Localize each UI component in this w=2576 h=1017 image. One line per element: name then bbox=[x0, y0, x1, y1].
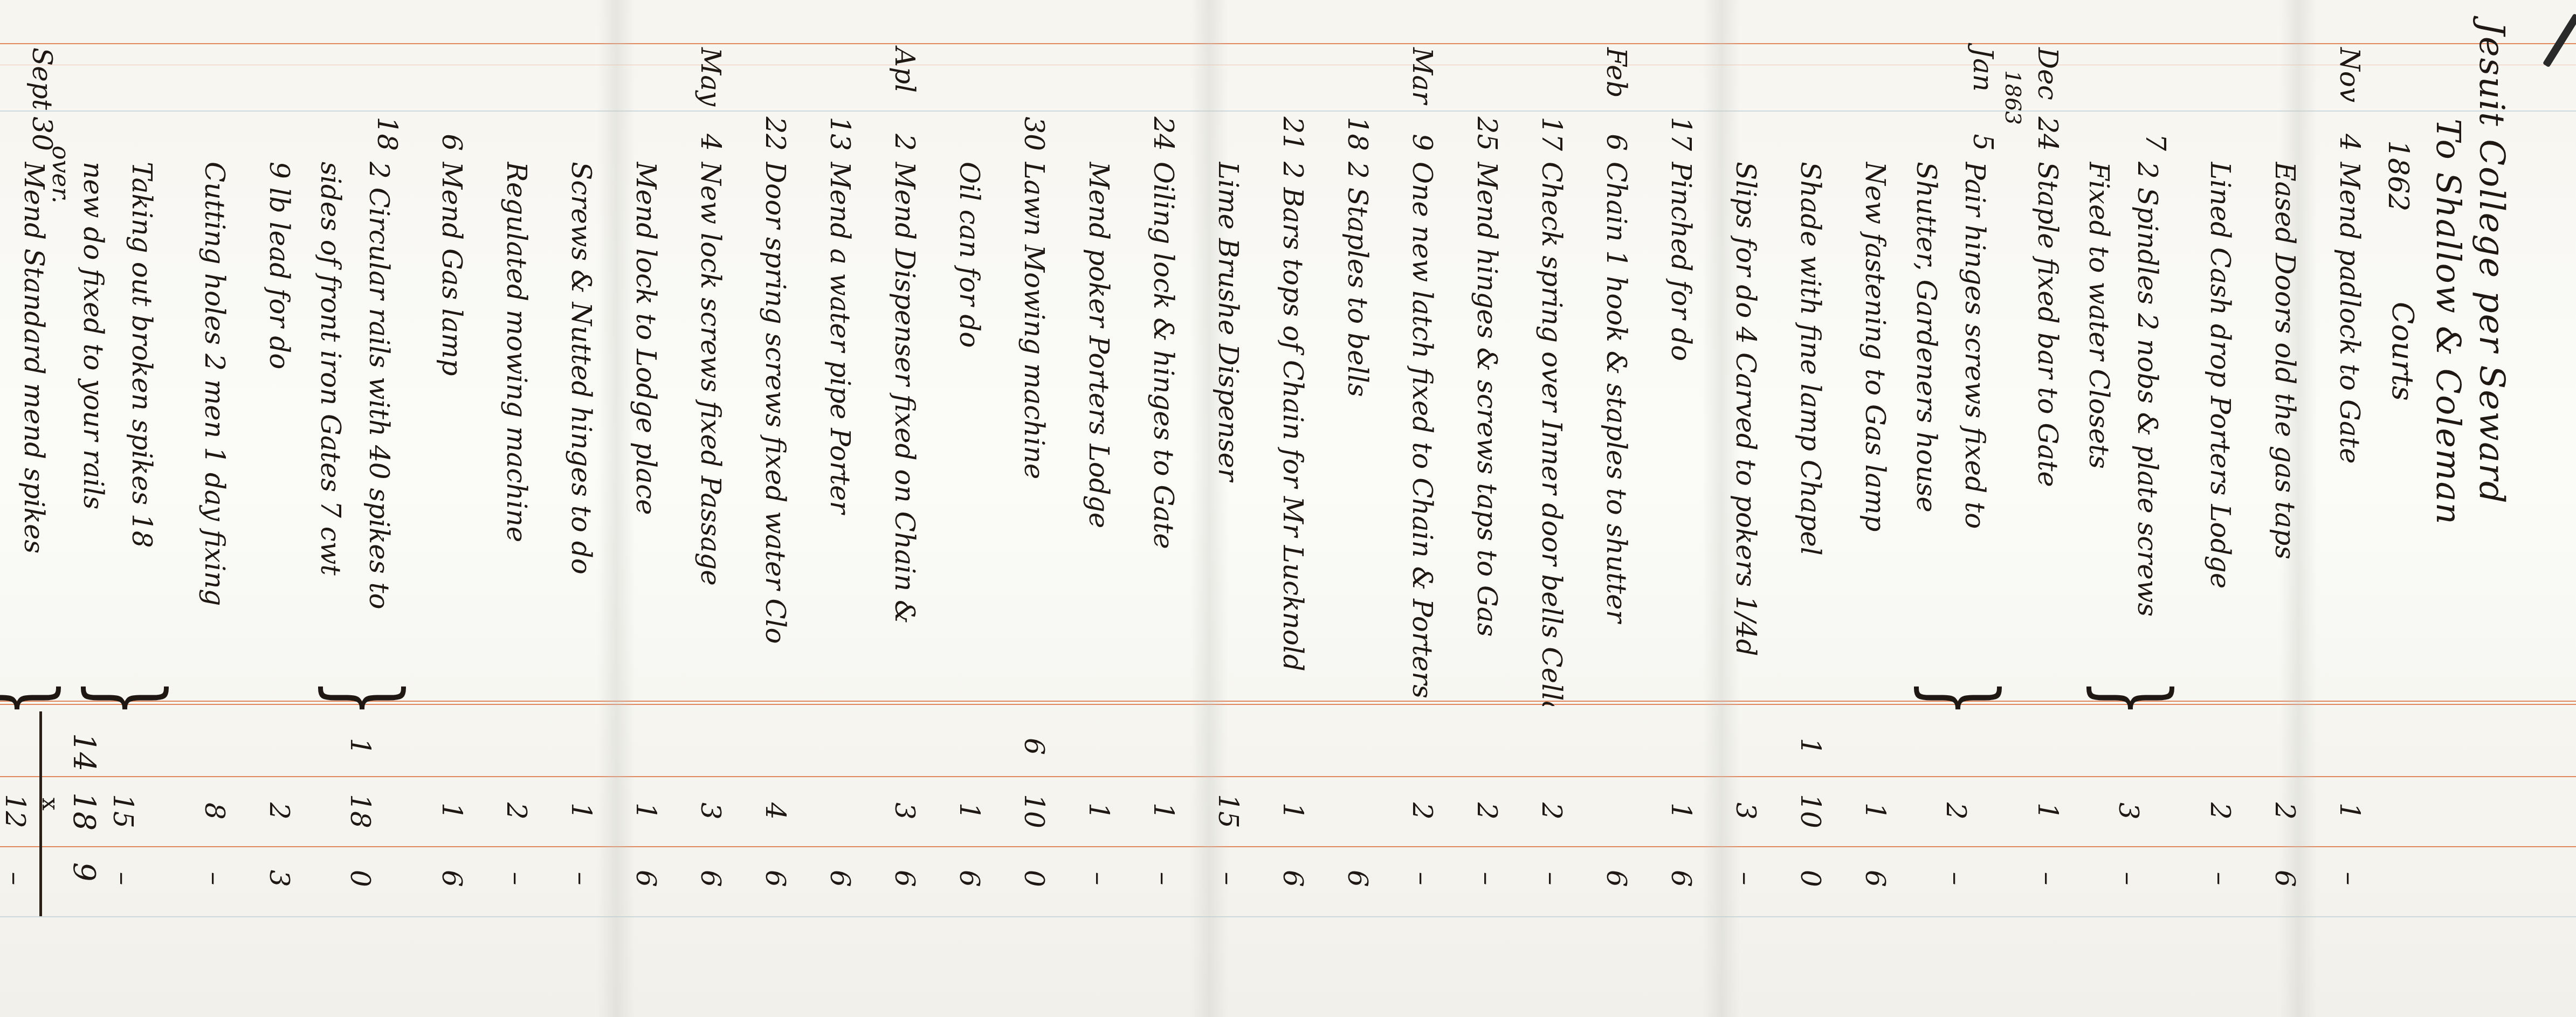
ledger-entry: May4New lock screws fixed Passage36 bbox=[675, 0, 727, 1017]
entry-shillings: 3 bbox=[694, 781, 727, 841]
ledger-entry: 6Mend Gas lamp16 bbox=[416, 0, 468, 1017]
entry-day: 4 bbox=[694, 113, 727, 151]
entry-day: 21 bbox=[1277, 113, 1309, 151]
ledger-entry: 72 Spindles 2 nobs & plate screws Fixed … bbox=[2064, 0, 2172, 1017]
entry-shillings: 3 bbox=[1730, 781, 1762, 841]
entry-day: 18 bbox=[371, 113, 403, 151]
entry-description: Mend hinges & screws taps to Gas bbox=[1471, 162, 1503, 706]
ledger-entry: 17Pinched for do16 bbox=[1645, 0, 1697, 1017]
entry-shillings: 1 bbox=[1277, 781, 1309, 841]
entry-shillings: 3 bbox=[888, 781, 921, 841]
entry-shillings: 1 bbox=[2031, 781, 2064, 841]
entry-shillings: 4 bbox=[759, 781, 791, 841]
total-shillings: 18 bbox=[66, 792, 101, 831]
entry-pence: – bbox=[1940, 852, 1972, 905]
entry-pence: – bbox=[565, 852, 597, 905]
ledger-entry: Mend poker Porters Lodge1– bbox=[1063, 0, 1115, 1017]
entry-pence: 6 bbox=[888, 852, 921, 905]
entry-day: 13 bbox=[824, 113, 856, 151]
entry-pence: – bbox=[1083, 852, 1115, 905]
entry-day: 4 bbox=[2333, 113, 2366, 151]
entry-pounds: 1 bbox=[344, 722, 376, 771]
entry-shillings: 18 bbox=[344, 781, 376, 841]
entry-description: Door spring screws fixed water Clo bbox=[759, 162, 791, 706]
section-heading: Courts bbox=[2386, 302, 2420, 401]
carry-over-note: over. bbox=[47, 146, 74, 204]
entry-description: Mend poker Porters Lodge bbox=[1083, 162, 1115, 706]
entry-shillings: 2 bbox=[2204, 781, 2236, 841]
entry-description: Lawn Mowing machine bbox=[1018, 162, 1050, 706]
brace-mark: } bbox=[88, 679, 171, 717]
ledger-entry: Nov4Mend padlock to Gate1– bbox=[2314, 0, 2366, 1017]
entry-pence: – bbox=[0, 852, 31, 905]
entry-shillings: 1 bbox=[565, 781, 597, 841]
entry-description: Taking out broken spikes 18 new do fixed… bbox=[69, 162, 166, 706]
entry-description: Eased Doors old the gas taps bbox=[2269, 162, 2301, 706]
entry-pence: – bbox=[2031, 852, 2064, 905]
entry-shillings: 15 bbox=[1212, 781, 1244, 841]
entry-day: 9 bbox=[1406, 113, 1438, 151]
entry-description: Pair hinges screws fixed to Shutter, Gar… bbox=[1902, 162, 1999, 706]
entry-pence: – bbox=[198, 852, 231, 905]
entry-description: Lime Brushe Dispenser bbox=[1212, 162, 1244, 706]
entry-day: 5 bbox=[1967, 113, 1999, 151]
entry-pence: – bbox=[1730, 852, 1762, 905]
entry-description: Screws & Nutted hinges to do bbox=[565, 162, 597, 706]
entry-month: Feb bbox=[1600, 47, 1633, 112]
ledger-entry: Eased Doors old the gas taps26 bbox=[2249, 0, 2301, 1017]
entry-description: New fastening to Gas lamp bbox=[1859, 162, 1891, 706]
entry-pence: 6 bbox=[1859, 852, 1891, 905]
entry-description: New lock screws fixed Passage bbox=[694, 162, 727, 706]
entry-month: Nov bbox=[2333, 47, 2366, 112]
ledger-entry: 182 Staples to bells6 bbox=[1322, 0, 1374, 1017]
entry-description: Check spring over Inner door bells Cella… bbox=[1535, 162, 1568, 706]
entry-pence: 6 bbox=[1665, 852, 1697, 905]
entry-description: Mend Dispenser fixed on Chain & bbox=[888, 162, 921, 706]
entry-pence: – bbox=[1212, 852, 1244, 905]
entry-month: Apl bbox=[888, 47, 921, 112]
entry-day: 6 bbox=[1600, 113, 1633, 151]
entry-pence: 6 bbox=[694, 852, 727, 905]
entry-description: Pinched for do bbox=[1665, 162, 1697, 706]
entry-shillings: 1 bbox=[1665, 781, 1697, 841]
entry-description: Mend Gas lamp bbox=[436, 162, 468, 706]
entry-description: 9 lb lead for do bbox=[263, 162, 295, 706]
entry-shillings: 1 bbox=[2333, 781, 2366, 841]
entry-shillings: 2 bbox=[1535, 781, 1568, 841]
entry-pence: – bbox=[2112, 852, 2145, 905]
entry-pence: 3 bbox=[263, 852, 295, 905]
entry-shillings: 10 bbox=[1794, 781, 1827, 841]
entry-shillings: 1 bbox=[436, 781, 468, 841]
entry-description: Mend lock to Lodge place bbox=[630, 162, 662, 706]
entry-month: May bbox=[694, 47, 727, 112]
entry-day: 25 bbox=[1471, 113, 1503, 151]
ledger-header: Jesuit College per Seward To Shallow & C… bbox=[2382, 0, 2576, 1017]
entry-shillings: 1 bbox=[1083, 781, 1115, 841]
entry-description: Cutting holes 2 men 1 day fixing bbox=[198, 162, 231, 706]
total-pence: 9 bbox=[66, 862, 101, 882]
total-rule bbox=[39, 711, 42, 916]
entry-pence: 0 bbox=[344, 852, 376, 905]
entry-description: Oil can for do bbox=[953, 162, 986, 706]
entry-day: 22 bbox=[759, 113, 791, 151]
entry-shillings: 1 bbox=[953, 781, 986, 841]
entry-day: 30 bbox=[1018, 113, 1050, 151]
entry-pence: – bbox=[2333, 852, 2366, 905]
entry-description: One new latch fixed to Chain & Porters bbox=[1406, 162, 1438, 706]
entry-month: Mar bbox=[1406, 47, 1438, 112]
ledger-entry: New fastening to Gas lamp16 bbox=[1840, 0, 1891, 1017]
entry-description: 2 Bars tops of Chain for Mr Lucknold bbox=[1277, 162, 1309, 706]
ledger-entry: Mend lock to Lodge place16 bbox=[610, 0, 662, 1017]
entry-shillings: 1 bbox=[1859, 781, 1891, 841]
entry-day: 24 bbox=[1147, 113, 1180, 151]
entry-pence: – bbox=[1471, 852, 1503, 905]
entry-shillings: 15 bbox=[107, 781, 139, 841]
entry-pence: – bbox=[2204, 852, 2236, 905]
entry-description: Lined Cash drop Porters Lodge bbox=[2204, 162, 2236, 706]
ledger-entry: 22Door spring screws fixed water Clo46 bbox=[740, 0, 791, 1017]
entry-shillings: 3 bbox=[2112, 781, 2145, 841]
ledger-entry: Regulated mowing machine2– bbox=[481, 0, 533, 1017]
ledger-entry: Mar9One new latch fixed to Chain & Porte… bbox=[1387, 0, 1438, 1017]
entry-shillings: 2 bbox=[263, 781, 295, 841]
entry-pence: 6 bbox=[2269, 852, 2301, 905]
entry-shillings: 12 bbox=[0, 781, 31, 841]
entry-shillings: 1 bbox=[1147, 781, 1180, 841]
entry-pence: 6 bbox=[759, 852, 791, 905]
entry-shillings: 8 bbox=[198, 781, 231, 841]
brace-mark: } bbox=[2093, 679, 2176, 717]
entry-description: Regulated mowing machine bbox=[500, 162, 533, 706]
ledger-scan: Jesuit College per Seward To Shallow & C… bbox=[0, 0, 2576, 1017]
entry-description: 2 Staples to bells bbox=[1341, 162, 1374, 706]
ledger-entry: Shade with fine lamp Chapel1100 bbox=[1775, 0, 1827, 1017]
entry-description: Mend Standard mend spikes & 2 men fixing… bbox=[0, 162, 58, 706]
ledger-entry: Dec24Staple fixed bar to Gate1– bbox=[2012, 0, 2064, 1017]
entry-pence: – bbox=[1535, 852, 1568, 905]
ledger-page: Jesuit College per Seward To Shallow & C… bbox=[0, 0, 2576, 1017]
entry-pence: – bbox=[1147, 852, 1180, 905]
ledger-entry: 9 lb lead for do23 bbox=[244, 0, 295, 1017]
entry-shillings: 2 bbox=[1406, 781, 1438, 841]
entry-description: 2 Circular rails with 40 spikes to sides… bbox=[306, 162, 403, 706]
entry-description: Oiling lock & hinges to Gate bbox=[1147, 162, 1180, 706]
brace-mark: } bbox=[325, 679, 408, 717]
ledger-entry: 212 Bars tops of Chain for Mr Lucknold16 bbox=[1257, 0, 1309, 1017]
ledger-entry: Apl2Mend Dispenser fixed on Chain &36 bbox=[869, 0, 921, 1017]
ledger-entry: Cutting holes 2 men 1 day fixing8– bbox=[179, 0, 231, 1017]
entry-pence: 6 bbox=[630, 852, 662, 905]
entry-shillings: 2 bbox=[1471, 781, 1503, 841]
entry-description: Mend a water pipe Porter bbox=[824, 162, 856, 706]
ledger-entry: Lime Brushe Dispenser15– bbox=[1193, 0, 1244, 1017]
entry-month: Jan bbox=[1967, 47, 1999, 112]
entry-day: 17 bbox=[1665, 113, 1697, 151]
entry-pence: 6 bbox=[1600, 852, 1633, 905]
entry-day: 6 bbox=[436, 113, 468, 151]
entry-day: 18 bbox=[1341, 113, 1374, 151]
ledger-entry: Slips for do 4 Carved to pokers 1/4d3– bbox=[1710, 0, 1762, 1017]
entry-description: Shade with fine lamp Chapel bbox=[1794, 162, 1827, 706]
entry-pence: 6 bbox=[436, 852, 468, 905]
entry-shillings: 10 bbox=[1018, 781, 1050, 841]
entry-pence: 6 bbox=[824, 852, 856, 905]
ledger-entry: 182 Circular rails with 40 spikes to sid… bbox=[295, 0, 403, 1017]
entry-day: 17 bbox=[1535, 113, 1568, 151]
document-subtitle: To Shallow & Coleman bbox=[2429, 119, 2468, 525]
total-pounds: 14 bbox=[66, 733, 101, 771]
entry-pence: 0 bbox=[1018, 852, 1050, 905]
entry-month: Dec bbox=[2031, 47, 2064, 112]
entry-pence: – bbox=[500, 852, 533, 905]
entry-pence: – bbox=[107, 852, 139, 905]
ledger-entry: Feb6Chain 1 hook & staples to shutter6 bbox=[1581, 0, 1633, 1017]
entry-year: 1863 bbox=[1996, 70, 2029, 125]
ledger-entry: Oil can for do16 bbox=[934, 0, 986, 1017]
document-title: Jesuit College per Seward bbox=[2471, 22, 2511, 504]
entry-day: 2 bbox=[888, 113, 921, 151]
entry-description: Staple fixed bar to Gate bbox=[2031, 162, 2064, 706]
ledger-entry: 24Oiling lock & hinges to Gate1– bbox=[1128, 0, 1180, 1017]
entry-shillings: 2 bbox=[2269, 781, 2301, 841]
entry-shillings: 2 bbox=[500, 781, 533, 841]
entry-day: 24 bbox=[2031, 113, 2064, 151]
entry-day: 7 bbox=[2139, 113, 2172, 151]
entry-shillings: 1 bbox=[630, 781, 662, 841]
entry-description: Mend padlock to Gate bbox=[2333, 162, 2366, 706]
year-label: 1862 bbox=[2382, 140, 2414, 211]
entry-pence: 6 bbox=[953, 852, 986, 905]
ledger-entry: 13Mend a water pipe Porter6 bbox=[804, 0, 856, 1017]
entry-pence: – bbox=[1406, 852, 1438, 905]
entry-month: Sept bbox=[26, 47, 58, 112]
check-mark: x bbox=[37, 798, 64, 811]
entry-description: Slips for do 4 Carved to pokers 1/4d bbox=[1730, 162, 1762, 706]
entry-pence: 6 bbox=[1277, 852, 1309, 905]
entry-shillings: 2 bbox=[1940, 781, 1972, 841]
brace-mark: } bbox=[1921, 679, 2004, 717]
ledger-entry: 17Check spring over Inner door bells Cel… bbox=[1516, 0, 1568, 1017]
ledger-entry: Jan51863Pair hinges screws fixed to Shut… bbox=[1891, 0, 1999, 1017]
entry-pence: 6 bbox=[1341, 852, 1374, 905]
ledger-entry: 30Lawn Mowing machine6100 bbox=[998, 0, 1050, 1017]
entry-pounds: 6 bbox=[1018, 722, 1050, 771]
entry-pounds: 1 bbox=[1794, 722, 1827, 771]
entry-description: Chain 1 hook & staples to shutter bbox=[1600, 162, 1633, 706]
entry-pence: 0 bbox=[1794, 852, 1827, 905]
ledger-entry: Lined Cash drop Porters Lodge2– bbox=[2185, 0, 2236, 1017]
brace-mark: } bbox=[0, 679, 63, 717]
ledger-entry: Screws & Nutted hinges to do1– bbox=[546, 0, 597, 1017]
ledger-entry: 25Mend hinges & screws taps to Gas2– bbox=[1451, 0, 1503, 1017]
entry-description: 2 Spindles 2 nobs & plate screws Fixed t… bbox=[2075, 162, 2172, 706]
